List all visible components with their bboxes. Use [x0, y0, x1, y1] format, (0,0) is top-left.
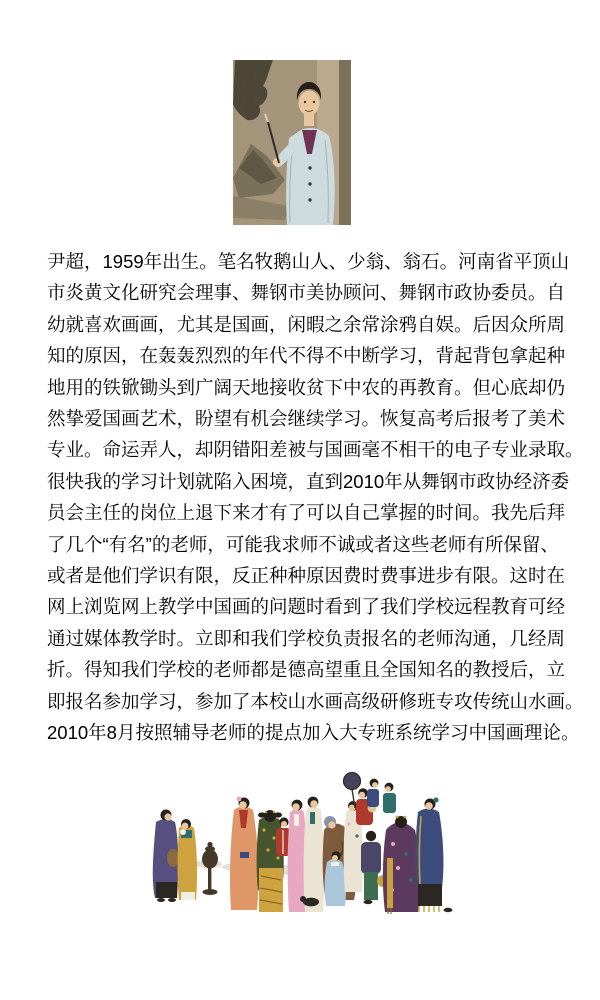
bio-line: 或者是他们学识有限，反正种种原因费时费事进步有限。这时在: [47, 560, 561, 591]
bio-line: 知的原因，在轰轰烈烈的年代不得不中断学习，背起背包拿起种: [47, 340, 561, 371]
bio-line: 地用的铁锨锄头到广阔天地接收贫下中农的再教育。但心底却仍: [47, 372, 561, 403]
button: [308, 182, 311, 185]
bio-line: 通过媒体教学时。立即和我们学校负责报名的老师沟通，几经周: [47, 623, 561, 654]
eye: [304, 101, 306, 103]
bio-line: 然挚爱国画艺术，盼望有机会继续学习。恢复高考后报考了美术: [47, 403, 561, 434]
button: [308, 198, 311, 201]
document-page: 尹超，1959年出生。笔名牧鹅山人、少翁、翁石。河南省平顶山 市炎黄文化研究会理…: [0, 0, 600, 1000]
eye: [313, 101, 315, 103]
bio-line: 员会主任的岗位上退下来才有了可以自己掌握的时间。我先后拜: [47, 497, 561, 528]
bio-line: 尹超，1959年出生。笔名牧鹅山人、少翁、翁石。河南省平顶山: [47, 246, 561, 277]
classical-figure-painting: [146, 772, 456, 916]
figure-purple-floral: [383, 816, 420, 914]
figure-green-floral: [257, 810, 284, 912]
bio-line: 折。得知我们学校的老师都是德高望重且全国知名的教授后，立: [47, 654, 561, 685]
bio-line: 2010年8月按照辅导老师的提点加入大专班系统学习中国画理论。: [47, 717, 561, 748]
bio-line: 幼就喜欢画画，尤其是国画，闲暇之余常涂鸦自娱。后因众所周: [47, 309, 561, 340]
figure-left-pair: [153, 810, 197, 903]
bio-line: 网上浏览网上教学中国画的问题时看到了我们学校远程教育可经: [47, 591, 561, 622]
bio-line: 专业。命运弄人，却阴错阳差被与国画毫不相干的电子专业录取。: [47, 434, 561, 465]
bio-line: 市炎黄文化研究会理事、舞钢市美协顾问、舞钢市政协委员。自: [47, 277, 561, 308]
figure-salmon: [230, 797, 258, 910]
biography-text: 尹超，1959年出生。笔名牧鹅山人、少翁、翁石。河南省平顶山 市炎黄文化研究会理…: [47, 246, 561, 749]
bio-line: 了几个“有名”的老师，可能我求师不诚或者这些老师有所保留、: [47, 529, 561, 560]
painting-graphic: [146, 772, 456, 916]
incense-burner: [202, 842, 218, 895]
figure-pink-cream-pair: [288, 797, 325, 912]
bio-line: 很快我的学习计划就陷入困境，直到2010年从舞钢市政协经济委: [47, 466, 561, 497]
neck: [304, 114, 314, 126]
figures-top-right: [356, 779, 396, 825]
figure-blue-robe: [416, 797, 453, 912]
portrait-photo-graphic: [233, 60, 351, 225]
portrait-dark-edge: [339, 60, 351, 225]
button: [308, 166, 311, 169]
artist-portrait-photo: [233, 60, 351, 225]
bio-line: 即报名参加学习，参加了本校山水画高级研修班专攻传统山水画。: [47, 686, 561, 717]
